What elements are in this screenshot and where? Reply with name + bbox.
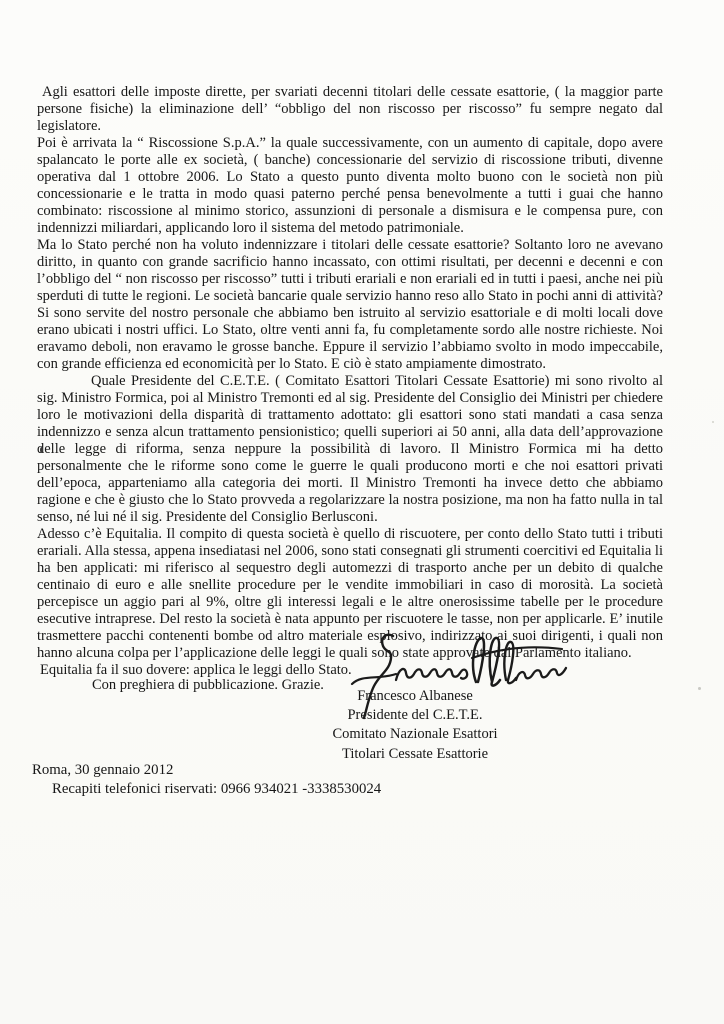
scan-speck [698,687,701,690]
letter-body: Agli esattori delle imposte dirette, per… [37,84,663,679]
paragraph-indennizzo: Ma lo Stato perché non ha voluto indenni… [37,237,663,373]
signer-org-line2: Titolari Cessate Esattorie [330,745,500,764]
paragraph-riscossione-spa: Poi è arrivata la “ Riscossione S.p.A.” … [37,135,663,237]
contacts-line: Recapiti telefonici riservati: 0966 9340… [52,780,724,799]
closing-line: Con preghiera di pubblicazione. Grazie. [92,677,324,693]
scan-speck [712,421,714,423]
signer-org-line1: Comitato Nazionale Esattori [330,725,500,744]
closing-row: Con preghiera di pubblicazione. Grazie. [92,673,724,699]
paragraph-esattori-imposte: Agli esattori delle imposte dirette, per… [37,84,663,135]
paragraph-equitalia: Adesso c’è Equitalia. Il compito di ques… [37,526,663,662]
scanned-letter-page: Agli esattori delle imposte dirette, per… [0,0,724,1024]
paragraph-presidente-cete: Quale Presidente del C.E.T.E. ( Comitato… [37,373,663,526]
signer-title: Presidente del C.E.T.E. [330,706,500,725]
scan-speck [40,447,43,453]
